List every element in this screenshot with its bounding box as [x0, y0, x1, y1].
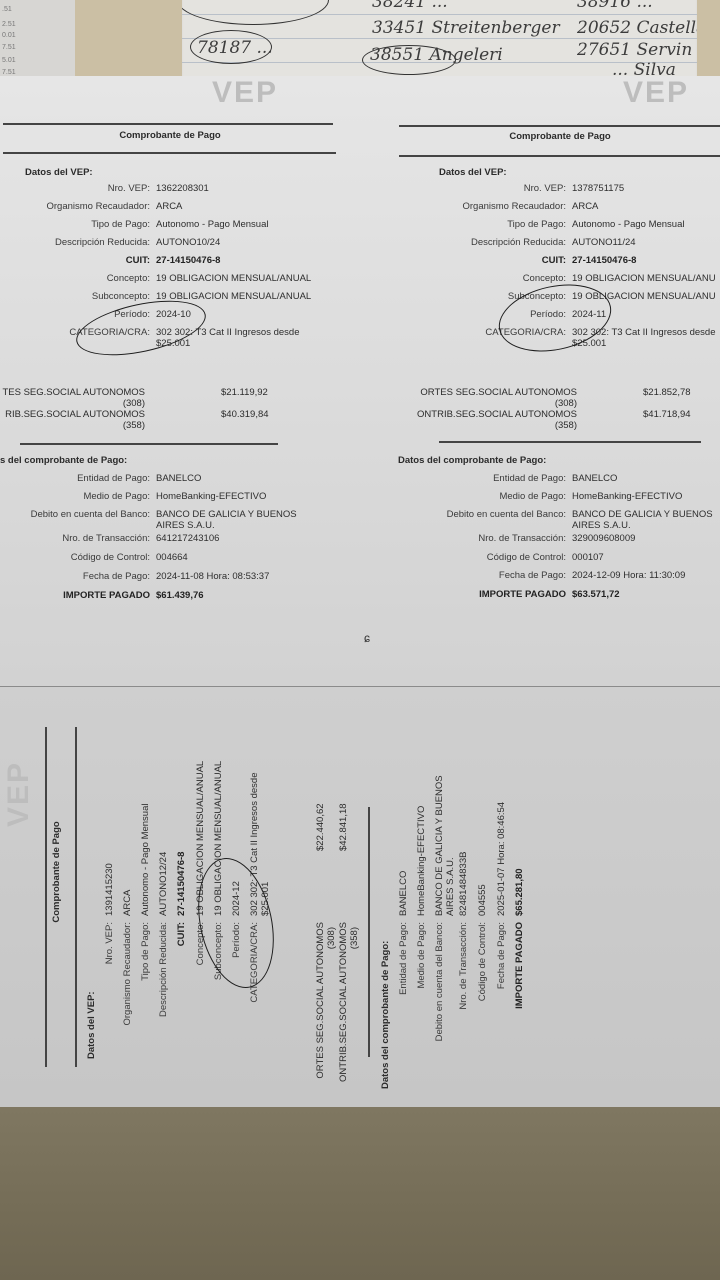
- field-entidad: Entidad de Pago:BANELCO: [0, 473, 201, 484]
- payment-section-heading: Datos del comprobante de Pago:: [380, 941, 391, 1089]
- field-fecha: Fecha de Pago:2025-01-07 Hora: 08:46:54: [496, 802, 507, 1072]
- field-transaccion: Nro. de Transacción:329009608009: [416, 533, 635, 544]
- note-line: 38241 ...: [372, 0, 448, 12]
- receipt-nov-2024: Comprobante de Pago Datos del VEP: Nro. …: [360, 76, 720, 686]
- vep-section-heading: Datos del VEP:: [86, 991, 97, 1059]
- field-concepto: Concepto:19 OBLIGACION MENSUAL/ANU: [416, 273, 716, 284]
- divider: [20, 443, 278, 445]
- field-importe-pagado: IMPORTE PAGADO$63.571,72: [416, 589, 620, 600]
- field-descripcion: Descripción Reducida:AUTONO12/24: [158, 852, 169, 1072]
- field-control: Código de Control:004555: [477, 884, 488, 1072]
- field-tipo-pago: Tipo de Pago:Autonomo - Pago Mensual: [0, 219, 268, 230]
- field-nro-vep: Nro. VEP:1378751175: [416, 183, 624, 194]
- note-line: 38916 ...: [577, 0, 653, 12]
- field-nro-vep: Nro. VEP:1362208301: [0, 183, 209, 194]
- note-line: 78187 ...: [197, 38, 273, 58]
- vep-section-heading: Datos del VEP:: [25, 167, 93, 178]
- field-fecha: Fecha de Pago:2024-12-09 Hora: 11:30:09: [416, 570, 685, 581]
- field-transaccion: Nro. de Transacción:641217243106: [0, 533, 219, 544]
- field-tipo-pago: Tipo de Pago:Autonomo - Pago Mensual: [140, 804, 151, 1072]
- side-number: 7.51: [2, 69, 16, 76]
- field-importe-pagado: IMPORTE PAGADO$65.281,80: [514, 868, 525, 1072]
- pencil-oval: [182, 0, 329, 25]
- field-organismo: Organismo Recaudador:ARCA: [0, 201, 182, 212]
- field-debito: Debito en cuenta del Banco:BANCO DE GALI…: [0, 509, 297, 531]
- paper-sheet-top: VEP VEP ɕ Comprobante de Pago Datos del …: [0, 76, 720, 686]
- table-surface: [0, 1100, 720, 1280]
- field-cuit: CUIT:27-14150476-8: [176, 852, 187, 1072]
- side-number: .51: [2, 6, 12, 13]
- handwritten-note: 38241 ... 38916 ... 33451 Streitenberger…: [182, 0, 697, 80]
- divider: [368, 807, 370, 1057]
- field-importe-pagado: IMPORTE PAGADO$61.439,76: [0, 590, 204, 601]
- field-cuit: CUIT:27-14150476-8: [0, 255, 220, 266]
- divider: [399, 125, 720, 127]
- receipt-oct-2024: Comprobante de Pago Datos del VEP: Nro. …: [0, 76, 360, 686]
- paper-sheet-bottom: VEP Comprobante de Pago Datos del VEP: N…: [0, 686, 720, 1107]
- payment-section-heading: s del comprobante de Pago:: [0, 455, 127, 466]
- field-descripcion: Descripción Reducida:AUTONO10/24: [0, 237, 220, 248]
- side-paper: .51 2.51 0.01 7.51 5.01 7.51: [0, 0, 75, 80]
- receipt-dec-2024: Comprobante de Pago Datos del VEP: Nro. …: [20, 717, 580, 1097]
- divider: [3, 152, 336, 154]
- field-medio: Medio de Pago:HomeBanking-EFECTIVO: [0, 491, 266, 502]
- note-line: 27651 Servin: [577, 40, 692, 60]
- divider: [439, 441, 701, 443]
- field-organismo: Organismo Recaudador:ARCA: [416, 201, 598, 212]
- field-tipo-pago: Tipo de Pago:Autonomo - Pago Mensual: [416, 219, 684, 230]
- field-medio: Medio de Pago:HomeBanking-EFECTIVO: [416, 491, 682, 502]
- divider: [3, 123, 333, 125]
- side-number: 5.01: [2, 57, 16, 64]
- side-number: 7.51: [2, 44, 16, 51]
- field-entidad: Entidad de Pago:BANELCO: [416, 473, 617, 484]
- field-medio: Medio de Pago:HomeBanking-EFECTIVO: [416, 806, 427, 1072]
- field-descripcion: Descripción Reducida:AUTONO11/24: [416, 237, 636, 248]
- side-number: 0.01: [2, 32, 16, 39]
- field-control: Código de Control:000107: [416, 552, 604, 563]
- divider: [75, 727, 77, 1067]
- note-line: 20652 Castellano: [577, 18, 697, 38]
- receipt-title: Comprobante de Pago: [51, 647, 62, 1097]
- note-line: 38551 Angeleri: [370, 45, 503, 65]
- payment-section-heading: Datos del comprobante de Pago:: [398, 455, 546, 466]
- field-cuit: CUIT:27-14150476-8: [416, 255, 636, 266]
- note-line: 33451 Streitenberger: [372, 18, 560, 38]
- divider: [45, 727, 47, 1067]
- field-debito: Debito en cuenta del Banco:BANCO DE GALI…: [434, 775, 456, 1072]
- field-organismo: Organismo Recaudador:ARCA: [122, 890, 133, 1072]
- field-debito: Debito en cuenta del Banco:BANCO DE GALI…: [416, 509, 713, 531]
- receipt-title: Comprobante de Pago: [0, 130, 350, 141]
- field-transaccion: Nro. de Transacción:82481484833B: [458, 852, 469, 1072]
- side-number: 2.51: [2, 21, 16, 28]
- divider: [399, 155, 720, 157]
- field-concepto: Concepto:19 OBLIGACION MENSUAL/ANUAL: [0, 273, 311, 284]
- field-nro-vep: Nro. VEP:1391415230: [104, 863, 115, 1072]
- field-control: Código de Control:004664: [0, 552, 188, 563]
- receipt-title: Comprobante de Pago: [380, 131, 720, 142]
- field-fecha: Fecha de Pago:2024-11-08 Hora: 08:53:37: [0, 571, 269, 582]
- vep-section-heading: Datos del VEP:: [439, 167, 507, 178]
- field-entidad: Entidad de Pago:BANELCO: [398, 871, 409, 1072]
